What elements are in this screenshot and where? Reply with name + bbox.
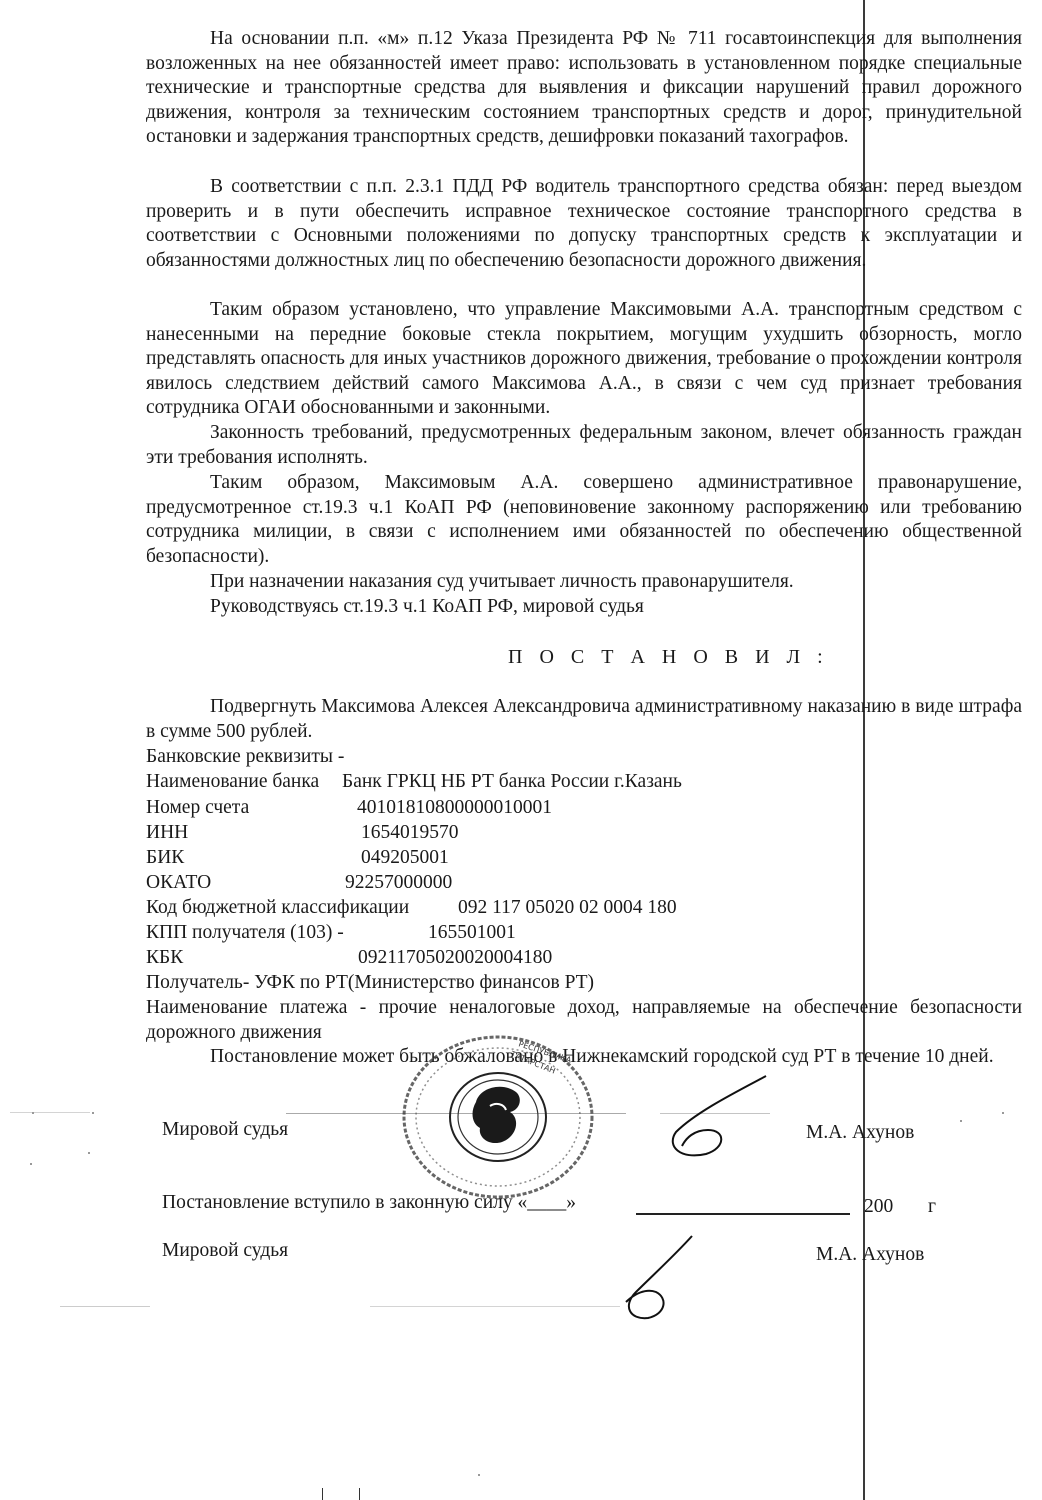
paragraph-text: В соответствии с п.п. 2.3.1 ПДД РФ водит… — [146, 175, 1022, 273]
budget-code-label: Код бюджетной классификации — [146, 896, 409, 920]
paragraph-text: Подвергнуть Максимова Алексея Александро… — [146, 695, 1022, 744]
paragraph-text: Таким образом установлено, что управлени… — [146, 298, 1022, 421]
inn-label: ИНН — [146, 821, 188, 845]
scan-speck — [92, 1112, 94, 1114]
scan-speck — [478, 1474, 480, 1476]
bank-details-heading: Банковские реквизиты - — [146, 745, 344, 769]
signature-2-icon — [612, 1232, 722, 1322]
kpp-label: КПП получателя (103) - — [146, 921, 344, 945]
resolution-heading: П О С Т А Н О В И Л : — [508, 646, 829, 669]
judge-label-1: Мировой судья — [162, 1119, 288, 1141]
scan-speck — [30, 1163, 32, 1165]
paragraph-text: Законность требований, предусмотренных ф… — [146, 421, 1022, 470]
paragraph-guided-by: Руководствуясь ст.19.3 ч.1 КоАП РФ, миро… — [146, 595, 1022, 620]
okato-value: 92257000000 — [345, 871, 452, 895]
paragraph-gai-rights: На основании п.п. «м» п.12 Указа Президе… — [146, 27, 1022, 150]
scan-speck — [960, 1120, 962, 1122]
paragraph-text: На основании п.п. «м» п.12 Указа Президе… — [146, 27, 1022, 150]
kbk-label: КБК — [146, 946, 183, 970]
bik-value: 049205001 — [361, 846, 449, 870]
scan-speck — [88, 1152, 90, 1154]
bank-name-value: Банк ГРКЦ НБ РТ банка России г.Казань — [342, 770, 682, 794]
kbk-value: 09211705020020004180 — [358, 946, 552, 970]
paragraph-text: При назначении наказания суд учитывает л… — [146, 570, 1022, 595]
bik-label: БИК — [146, 846, 184, 870]
paragraph-decision: Подвергнуть Максимова Алексея Александро… — [146, 695, 1022, 744]
paragraph-text: Таким образом, Максимовым А.А. совершено… — [146, 471, 1022, 569]
paragraph-violation: Таким образом, Максимовым А.А. совершено… — [146, 471, 1022, 569]
paragraph-text: Руководствуясь ст.19.3 ч.1 КоАП РФ, миро… — [146, 595, 1022, 620]
judge-label-2: Мировой судья — [162, 1240, 288, 1262]
year-suffix: г — [928, 1196, 936, 1218]
date-underline — [636, 1213, 850, 1215]
scan-artifact-dash — [60, 1306, 150, 1307]
paragraph-legality: Законность требований, предусмотренных ф… — [146, 421, 1022, 470]
scan-speck — [1002, 1112, 1004, 1114]
account-label: Номер счета — [146, 796, 249, 820]
scan-artifact-tick — [322, 1488, 323, 1500]
paragraph-findings: Таким образом установлено, что управлени… — [146, 298, 1022, 421]
court-seal-stamp-icon: РЕСПУБЛИКА ТАТАРСТАН — [398, 1032, 598, 1202]
kpp-value: 165501001 — [428, 921, 516, 945]
paragraph-personality: При назначении наказания суд учитывает л… — [146, 570, 1022, 595]
inn-value: 1654019570 — [361, 821, 459, 845]
signature-1-icon — [666, 1072, 776, 1162]
judge-name-1: М.А. Ахунов — [806, 1122, 914, 1144]
recipient-line: Получатель- УФК по РТ(Министерство финан… — [146, 971, 594, 995]
scan-artifact-tick — [359, 1488, 360, 1500]
judge-name-2: М.А. Ахунов — [816, 1244, 924, 1266]
budget-code-value: 092 117 05020 02 0004 180 — [458, 896, 677, 920]
scan-speck — [32, 1112, 34, 1114]
okato-label: ОКАТО — [146, 871, 211, 895]
scanned-document-page: На основании п.п. «м» п.12 Указа Президе… — [0, 0, 1042, 1500]
bank-name-label: Наименование банка — [146, 770, 319, 794]
account-value: 40101810800000010001 — [357, 796, 552, 820]
scan-artifact-dash — [10, 1112, 90, 1113]
paragraph-pdd-rules: В соответствии с п.п. 2.3.1 ПДД РФ водит… — [146, 175, 1022, 273]
scan-artifact-dash — [370, 1306, 620, 1307]
effective-year: 200 — [864, 1196, 893, 1218]
